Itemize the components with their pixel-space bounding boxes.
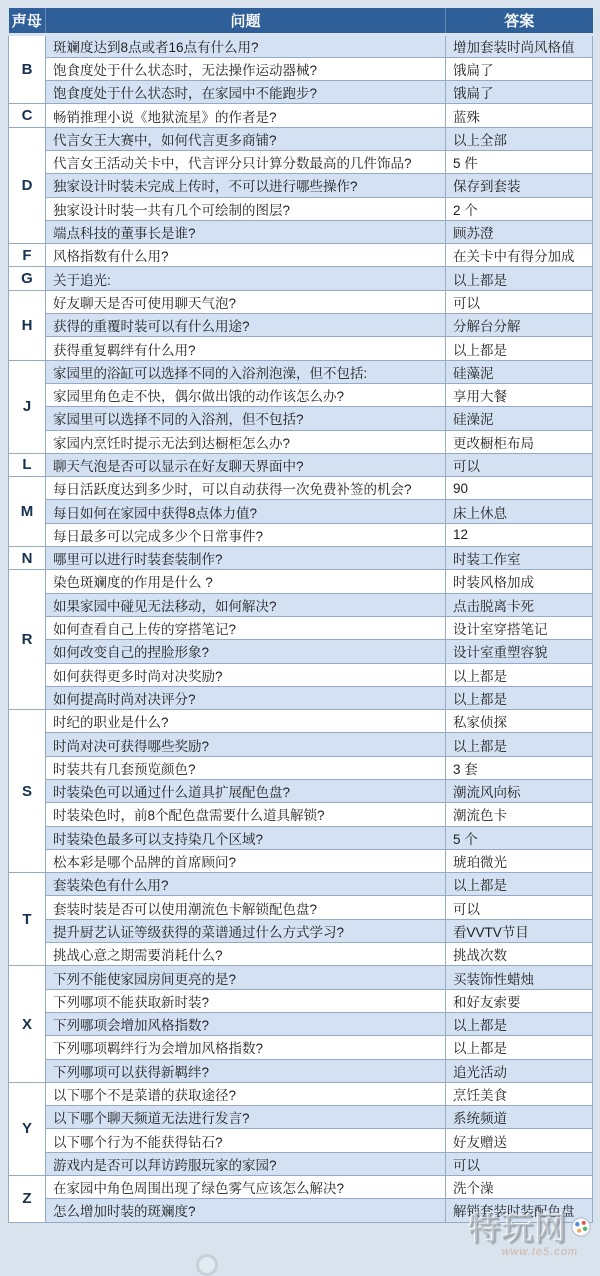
- table-row: 每日最多可以完成多少个日常事件?12: [9, 523, 593, 546]
- answer-cell: 点击脱离卡死: [446, 593, 593, 616]
- question-cell: 代言女王活动关卡中，代言评分只计算分数最高的几件饰品?: [46, 150, 446, 173]
- question-cell: 如何提高时尚对决评分?: [46, 686, 446, 709]
- answer-cell: 私家侦探: [446, 710, 593, 733]
- letter-cell: B: [9, 34, 46, 104]
- column-header-answer: 答案: [446, 8, 593, 34]
- question-cell: 时装共有几套预览颜色?: [46, 756, 446, 779]
- letter-cell: H: [9, 290, 46, 360]
- answer-cell: 时装工作室: [446, 547, 593, 570]
- letter-cell: C: [9, 104, 46, 127]
- table-row: 时装共有几套预览颜色?3 套: [9, 756, 593, 779]
- table-row: H好友聊天是否可使用聊天气泡?可以: [9, 290, 593, 313]
- letter-cell: X: [9, 966, 46, 1082]
- question-cell: 关于追光:: [46, 267, 446, 290]
- answer-cell: 5 个: [446, 826, 593, 849]
- question-cell: 下列哪项不能获取新时装?: [46, 989, 446, 1012]
- table-row: 下列哪项羁绊行为会增加风格指数?以上都是: [9, 1036, 593, 1059]
- question-cell: 时装染色时，前8个配色盘需要什么道具解锁?: [46, 803, 446, 826]
- question-cell: 好友聊天是否可使用聊天气泡?: [46, 290, 446, 313]
- question-cell: 时装染色可以通过什么道具扩展配色盘?: [46, 780, 446, 803]
- answer-cell: 可以: [446, 290, 593, 313]
- table-row: 如果家园中碰见无法移动，如何解决?点击脱离卡死: [9, 593, 593, 616]
- table-row: 家园里角色走不快，偶尔做出饿的动作该怎么办?享用大餐: [9, 383, 593, 406]
- table-row: 套装时装是否可以使用潮流色卡解锁配色盘?可以: [9, 896, 593, 919]
- question-cell: 套装时装是否可以使用潮流色卡解锁配色盘?: [46, 896, 446, 919]
- answer-cell: 增加套装时尚风格值: [446, 34, 593, 57]
- answer-cell: 设计室重塑容貌: [446, 640, 593, 663]
- column-header-initial: 声母: [9, 8, 46, 34]
- answer-cell: 硅澡泥: [446, 407, 593, 430]
- answer-cell: 看VVTV节目: [446, 919, 593, 942]
- question-cell: 哪里可以进行时装套装制作?: [46, 547, 446, 570]
- answer-cell: 2 个: [446, 197, 593, 220]
- table-row: 下列哪项可以获得新羁绊?追光活动: [9, 1059, 593, 1082]
- answer-cell: 90: [446, 477, 593, 500]
- answer-cell: 以上都是: [446, 873, 593, 896]
- answer-cell: 硅藻泥: [446, 360, 593, 383]
- answer-cell: 顾苏澄: [446, 220, 593, 243]
- answer-cell: 以上都是: [446, 1036, 593, 1059]
- question-cell: 家园内烹饪时提示无法到达橱柜怎么办?: [46, 430, 446, 453]
- table-row: 如何查看自己上传的穿搭笔记?设计室穿搭笔记: [9, 616, 593, 639]
- question-cell: 饱食度处于什么状态时，无法操作运动器械?: [46, 57, 446, 80]
- question-cell: 怎么增加时装的斑斓度?: [46, 1199, 446, 1222]
- letter-cell: R: [9, 570, 46, 710]
- table-row: 时装染色可以通过什么道具扩展配色盘?潮流风向标: [9, 780, 593, 803]
- table-row: 每日如何在家园中获得8点体力值?床上休息: [9, 500, 593, 523]
- answer-cell: 系统频道: [446, 1106, 593, 1129]
- question-cell: 以下哪个行为不能获得钻石?: [46, 1129, 446, 1152]
- answer-cell: 床上休息: [446, 500, 593, 523]
- page: 声母 问题 答案 B斑斓度达到8点或者16点有什么用?增加套装时尚风格值饱食度处…: [0, 0, 600, 1276]
- answer-cell: 12: [446, 523, 593, 546]
- question-cell: 每日最多可以完成多少个日常事件?: [46, 523, 446, 546]
- question-cell: 独家设计时装一共有几个可绘制的图层?: [46, 197, 446, 220]
- question-cell: 每日活跃度达到多少时，可以自动获得一次免费补签的机会?: [46, 477, 446, 500]
- question-cell: 如果家园中碰见无法移动，如何解决?: [46, 593, 446, 616]
- letter-cell: Z: [9, 1176, 46, 1223]
- table-header: 声母 问题 答案: [9, 8, 593, 34]
- answer-cell: 以上都是: [446, 663, 593, 686]
- question-cell: 如何改变自己的捏脸形象?: [46, 640, 446, 663]
- table-row: 下列哪项会增加风格指数?以上都是: [9, 1012, 593, 1035]
- answer-cell: 时装风格加成: [446, 570, 593, 593]
- table-row: N哪里可以进行时装套装制作?时装工作室: [9, 547, 593, 570]
- table-row: 端点科技的董事长是谁?顾苏澄: [9, 220, 593, 243]
- letter-cell: T: [9, 873, 46, 966]
- question-cell: 挑战心意之期需要消耗什么?: [46, 943, 446, 966]
- answer-cell: 潮流色卡: [446, 803, 593, 826]
- answer-cell: 可以: [446, 453, 593, 476]
- question-cell: 下列哪项羁绊行为会增加风格指数?: [46, 1036, 446, 1059]
- question-cell: 以下哪个聊天频道无法进行发言?: [46, 1106, 446, 1129]
- answer-table: 声母 问题 答案 B斑斓度达到8点或者16点有什么用?增加套装时尚风格值饱食度处…: [8, 8, 593, 1223]
- question-cell: 饱食度处于什么状态时，在家园中不能跑步?: [46, 81, 446, 104]
- watermark-partial-icon: [196, 1254, 218, 1276]
- table-row: 饱食度处于什么状态时，在家园中不能跑步?饿扁了: [9, 81, 593, 104]
- table-row: R染色斑斓度的作用是什么 ?时装风格加成: [9, 570, 593, 593]
- table-row: 挑战心意之期需要消耗什么?挑战次数: [9, 943, 593, 966]
- question-cell: 在家园中角色周围出现了绿色雾气应该怎么解决?: [46, 1176, 446, 1199]
- answer-cell: 好友赠送: [446, 1129, 593, 1152]
- answer-cell: 和好友索要: [446, 989, 593, 1012]
- answer-cell: 可以: [446, 896, 593, 919]
- answer-cell: 以上都是: [446, 337, 593, 360]
- table-row: T套装染色有什么用?以上都是: [9, 873, 593, 896]
- table-row: F风格指数有什么用?在关卡中有得分加成: [9, 244, 593, 267]
- table-row: M每日活跃度达到多少时，可以自动获得一次免费补签的机会?90: [9, 477, 593, 500]
- table-row: C畅销推理小说《地狱流星》的作者是?蓝殊: [9, 104, 593, 127]
- table-row: Z在家园中角色周围出现了绿色雾气应该怎么解决?洗个澡: [9, 1176, 593, 1199]
- question-cell: 套装染色有什么用?: [46, 873, 446, 896]
- table-row: 代言女王活动关卡中，代言评分只计算分数最高的几件饰品?5 件: [9, 150, 593, 173]
- answer-cell: 饿扁了: [446, 81, 593, 104]
- table-row: 如何提高时尚对决评分?以上都是: [9, 686, 593, 709]
- answer-cell: 可以: [446, 1152, 593, 1175]
- letter-cell: L: [9, 453, 46, 476]
- question-cell: 以下哪个不是菜谱的获取途径?: [46, 1082, 446, 1105]
- table-row: B斑斓度达到8点或者16点有什么用?增加套装时尚风格值: [9, 34, 593, 57]
- answer-cell: 潮流风向标: [446, 780, 593, 803]
- answer-cell: 更改橱柜布局: [446, 430, 593, 453]
- answer-cell: 追光活动: [446, 1059, 593, 1082]
- question-cell: 游戏内是否可以拜访跨服玩家的家园?: [46, 1152, 446, 1175]
- question-cell: 家园里可以选择不同的入浴剂，但不包括?: [46, 407, 446, 430]
- table-row: Y以下哪个不是菜谱的获取途径?烹饪美食: [9, 1082, 593, 1105]
- answer-cell: 挑战次数: [446, 943, 593, 966]
- answer-cell: 解锁套装时装配色盘: [446, 1199, 593, 1222]
- question-cell: 如何获得更多时尚对决奖励?: [46, 663, 446, 686]
- answer-cell: 以上都是: [446, 686, 593, 709]
- table-row: 怎么增加时装的斑斓度?解锁套装时装配色盘: [9, 1199, 593, 1222]
- table-row: 独家设计时装未完成上传时，不可以进行哪些操作?保存到套装: [9, 174, 593, 197]
- answer-cell: 以上都是: [446, 267, 593, 290]
- letter-cell: D: [9, 127, 46, 243]
- question-cell: 下列哪项会增加风格指数?: [46, 1012, 446, 1035]
- table-row: 家园内烹饪时提示无法到达橱柜怎么办?更改橱柜布局: [9, 430, 593, 453]
- question-cell: 时尚对决可获得哪些奖励?: [46, 733, 446, 756]
- answer-cell: 分解台分解: [446, 314, 593, 337]
- answer-cell: 洗个澡: [446, 1176, 593, 1199]
- table-row: 获得重复羁绊有什么用?以上都是: [9, 337, 593, 360]
- letter-cell: M: [9, 477, 46, 547]
- letter-cell: Y: [9, 1082, 46, 1175]
- question-cell: 斑斓度达到8点或者16点有什么用?: [46, 34, 446, 57]
- letter-cell: G: [9, 267, 46, 290]
- question-cell: 时装染色最多可以支持染几个区域?: [46, 826, 446, 849]
- table-row: 饱食度处于什么状态时，无法操作运动器械?饿扁了: [9, 57, 593, 80]
- answer-cell: 保存到套装: [446, 174, 593, 197]
- table-row: 松本彩是哪个品牌的首席顾问?琥珀微光: [9, 849, 593, 872]
- question-cell: 提升厨艺认证等级获得的菜谱通过什么方式学习?: [46, 919, 446, 942]
- question-cell: 家园里角色走不快，偶尔做出饿的动作该怎么办?: [46, 383, 446, 406]
- answer-cell: 饿扁了: [446, 57, 593, 80]
- question-cell: 下列哪项可以获得新羁绊?: [46, 1059, 446, 1082]
- letter-cell: S: [9, 710, 46, 873]
- letter-cell: J: [9, 360, 46, 453]
- table-row: J家园里的浴缸可以选择不同的入浴剂泡澡，但不包括:硅藻泥: [9, 360, 593, 383]
- table-row: 以下哪个聊天频道无法进行发言?系统频道: [9, 1106, 593, 1129]
- answer-cell: 烹饪美食: [446, 1082, 593, 1105]
- table-row: L聊天气泡是否可以显示在好友聊天界面中?可以: [9, 453, 593, 476]
- question-cell: 代言女王大赛中，如何代言更多商铺?: [46, 127, 446, 150]
- table-row: 如何获得更多时尚对决奖励?以上都是: [9, 663, 593, 686]
- watermark-url: www.te5.com: [469, 1246, 592, 1258]
- question-cell: 获得重复羁绊有什么用?: [46, 337, 446, 360]
- table-row: 时尚对决可获得哪些奖励?以上都是: [9, 733, 593, 756]
- answer-cell: 琥珀微光: [446, 849, 593, 872]
- answer-cell: 买装饰性蜡烛: [446, 966, 593, 989]
- question-cell: 下列不能使家园房间更亮的是?: [46, 966, 446, 989]
- table-row: 时装染色时，前8个配色盘需要什么道具解锁?潮流色卡: [9, 803, 593, 826]
- question-cell: 如何查看自己上传的穿搭笔记?: [46, 616, 446, 639]
- question-cell: 时纪的职业是什么?: [46, 710, 446, 733]
- table-row: 以下哪个行为不能获得钻石?好友赠送: [9, 1129, 593, 1152]
- table-row: G关于追光:以上都是: [9, 267, 593, 290]
- question-cell: 家园里的浴缸可以选择不同的入浴剂泡澡，但不包括:: [46, 360, 446, 383]
- table-row: X下列不能使家园房间更亮的是?买装饰性蜡烛: [9, 966, 593, 989]
- table-row: 如何改变自己的捏脸形象?设计室重塑容貌: [9, 640, 593, 663]
- question-cell: 松本彩是哪个品牌的首席顾问?: [46, 849, 446, 872]
- question-cell: 获得的重覆时装可以有什么用途?: [46, 314, 446, 337]
- table-row: 下列哪项不能获取新时装?和好友索要: [9, 989, 593, 1012]
- table-row: 提升厨艺认证等级获得的菜谱通过什么方式学习?看VVTV节目: [9, 919, 593, 942]
- answer-cell: 5 件: [446, 150, 593, 173]
- question-cell: 风格指数有什么用?: [46, 244, 446, 267]
- answer-cell: 设计室穿搭笔记: [446, 616, 593, 639]
- table-row: S时纪的职业是什么?私家侦探: [9, 710, 593, 733]
- table-row: 获得的重覆时装可以有什么用途?分解台分解: [9, 314, 593, 337]
- answer-cell: 3 套: [446, 756, 593, 779]
- answer-cell: 蓝殊: [446, 104, 593, 127]
- answer-cell: 在关卡中有得分加成: [446, 244, 593, 267]
- question-cell: 聊天气泡是否可以显示在好友聊天界面中?: [46, 453, 446, 476]
- letter-cell: N: [9, 547, 46, 570]
- table-row: 游戏内是否可以拜访跨服玩家的家园?可以: [9, 1152, 593, 1175]
- question-cell: 独家设计时装未完成上传时，不可以进行哪些操作?: [46, 174, 446, 197]
- table-body: B斑斓度达到8点或者16点有什么用?增加套装时尚风格值饱食度处于什么状态时，无法…: [9, 34, 593, 1222]
- question-cell: 每日如何在家园中获得8点体力值?: [46, 500, 446, 523]
- table-row: D代言女王大赛中，如何代言更多商铺?以上全部: [9, 127, 593, 150]
- answer-cell: 以上都是: [446, 733, 593, 756]
- letter-cell: F: [9, 244, 46, 267]
- answer-cell: 享用大餐: [446, 383, 593, 406]
- table-row: 家园里可以选择不同的入浴剂，但不包括?硅澡泥: [9, 407, 593, 430]
- answer-cell: 以上都是: [446, 1012, 593, 1035]
- table-row: 时装染色最多可以支持染几个区域?5 个: [9, 826, 593, 849]
- column-header-question: 问题: [46, 8, 446, 34]
- table-row: 独家设计时装一共有几个可绘制的图层?2 个: [9, 197, 593, 220]
- question-cell: 畅销推理小说《地狱流星》的作者是?: [46, 104, 446, 127]
- answer-cell: 以上全部: [446, 127, 593, 150]
- question-cell: 端点科技的董事长是谁?: [46, 220, 446, 243]
- question-cell: 染色斑斓度的作用是什么 ?: [46, 570, 446, 593]
